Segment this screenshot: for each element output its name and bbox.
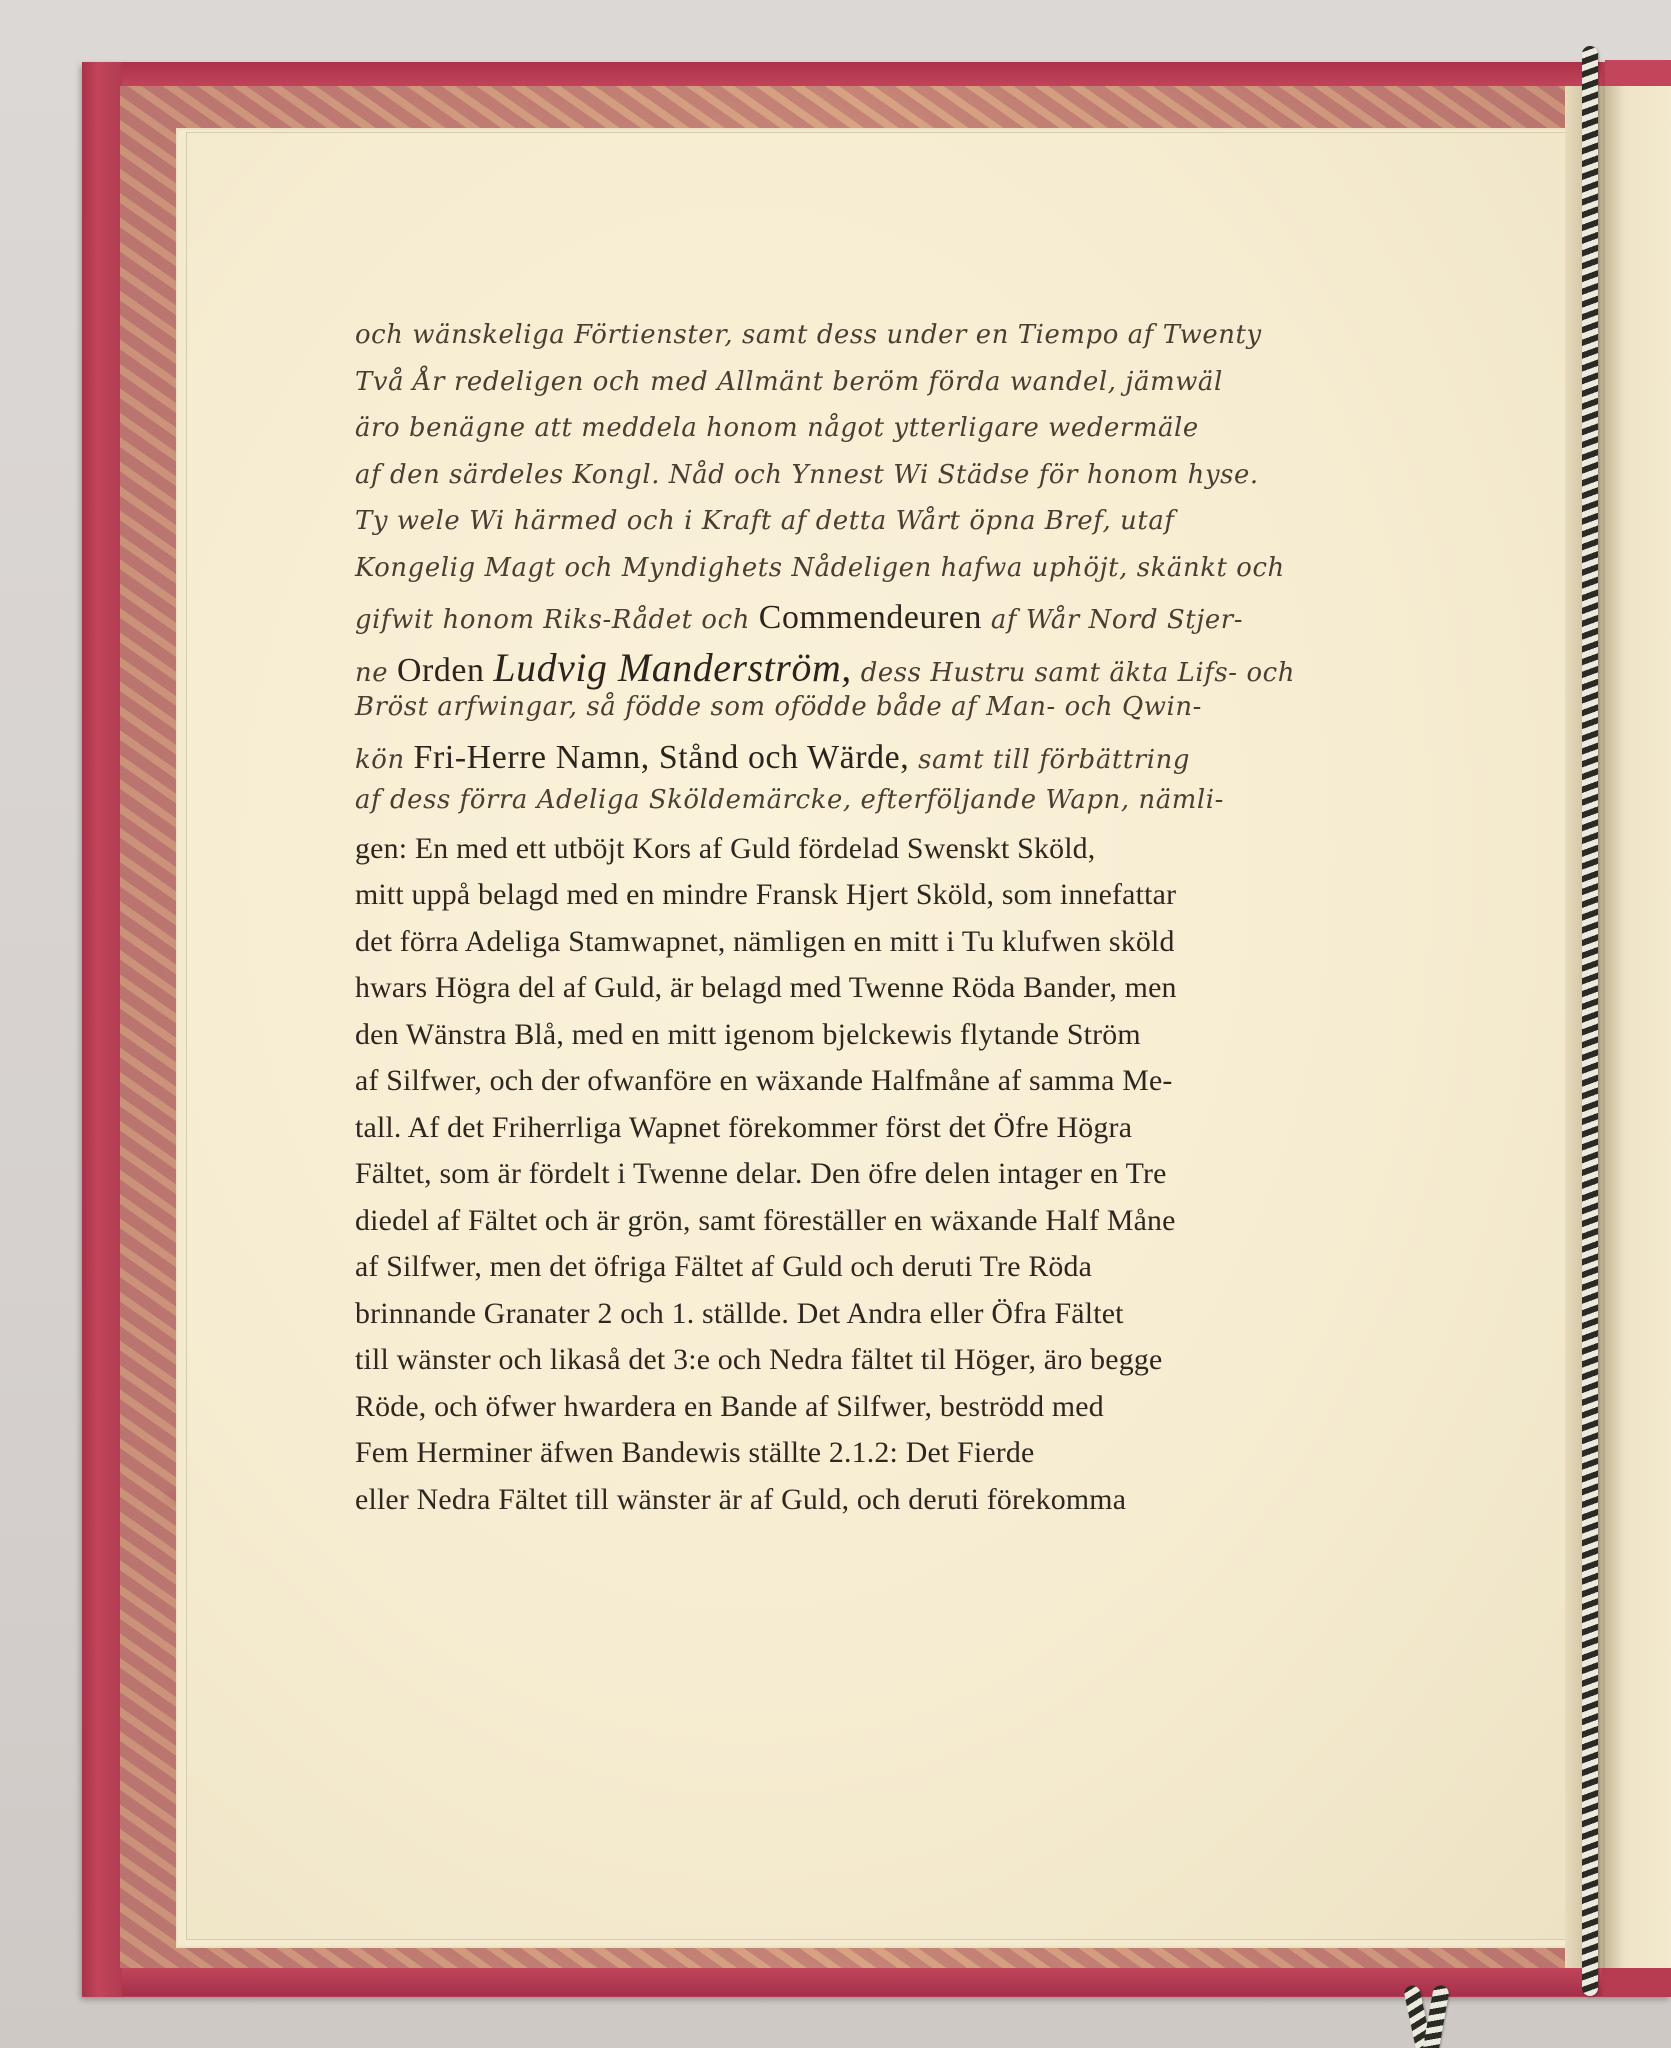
cover-top-edge xyxy=(82,62,1602,88)
text-line: Två År redeligen och med Allmänt beröm f… xyxy=(355,369,1440,416)
text-line: Ty wele Wi härmed och i Kraft af detta W… xyxy=(355,508,1440,555)
text-line: kön Fri-Herre Namn, Stånd och Wärde, sam… xyxy=(355,741,1440,788)
text-line: Fältet, som är fördelt i Twenne delar. D… xyxy=(355,1159,1440,1206)
text-line: af Silfwer, och der ofwanföre en wäxande… xyxy=(355,1066,1440,1113)
person-name: Ludvig Manderström, xyxy=(493,645,851,690)
text-line: Röde, och öfwer hwardera en Bande af Sil… xyxy=(355,1392,1440,1439)
text-line: det förra Adeliga Stamwapnet, nämligen e… xyxy=(355,927,1440,974)
text-line: af Silfwer, men det öfriga Fältet af Gul… xyxy=(355,1252,1440,1299)
word-orden: Orden xyxy=(397,652,485,689)
title-friherre: Fri-Herre Namn, Stånd och Wärde, xyxy=(414,739,910,776)
bookmark-cord xyxy=(1582,46,1598,1996)
text-line: ne Orden Ludvig Manderström, dess Hustru… xyxy=(355,648,1440,695)
text-line: mitt uppå belagd med en mindre Fransk Hj… xyxy=(355,880,1440,927)
text-line: Bröst arfwingar, så födde som ofödde båd… xyxy=(355,694,1440,741)
text-line: Kongelig Magt och Myndighets Nådeligen h… xyxy=(355,555,1440,602)
text-line: och wänskeliga Förtienster, samt dess un… xyxy=(355,322,1440,369)
facing-page-edge xyxy=(1605,60,1671,1996)
text-line: den Wänstra Blå, med en mitt igenom bjel… xyxy=(355,1020,1440,1067)
text-segment: kön xyxy=(355,745,405,775)
manuscript-text: och wänskeliga Förtienster, samt dess un… xyxy=(355,322,1445,1531)
text-line: gifwit honom Riks-Rådet och Commendeuren… xyxy=(355,601,1440,648)
text-line: brinnande Granater 2 och 1. ställde. Det… xyxy=(355,1299,1440,1346)
text-line: äro benägne att meddela honom något ytte… xyxy=(355,415,1440,462)
text-line: hwars Högra del af Guld, är belagd med T… xyxy=(355,973,1440,1020)
text-segment: samt till förbättring xyxy=(918,745,1190,775)
text-segment: ne xyxy=(355,658,388,688)
cover-spine-edge xyxy=(82,62,122,1997)
text-line: eller Nedra Fältet till wänster är af Gu… xyxy=(355,1485,1440,1532)
text-segment: af Wår Nord Stjer- xyxy=(991,605,1243,635)
text-segment: dess Hustru samt äkta Lifs- och xyxy=(861,658,1295,688)
text-line: Fem Herminer äfwen Bandewis ställte 2.1.… xyxy=(355,1438,1440,1485)
text-line: till wänster och likaså det 3:e och Nedr… xyxy=(355,1345,1440,1392)
text-line: af dess förra Adeliga Sköldemärcke, efte… xyxy=(355,787,1440,834)
cover-bottom-edge xyxy=(82,1968,1602,1996)
text-line: gen: En med ett utböjt Kors af Guld förd… xyxy=(355,834,1440,881)
text-segment: gifwit honom Riks-Rådet och xyxy=(355,605,750,635)
text-line: tall. Af det Friherrliga Wapnet förekomm… xyxy=(355,1113,1440,1160)
title-commendeuren: Commendeuren xyxy=(759,599,982,636)
text-line: af den särdeles Kongl. Nåd och Ynnest Wi… xyxy=(355,462,1440,509)
text-line: diedel af Fältet och är grön, samt föres… xyxy=(355,1206,1440,1253)
